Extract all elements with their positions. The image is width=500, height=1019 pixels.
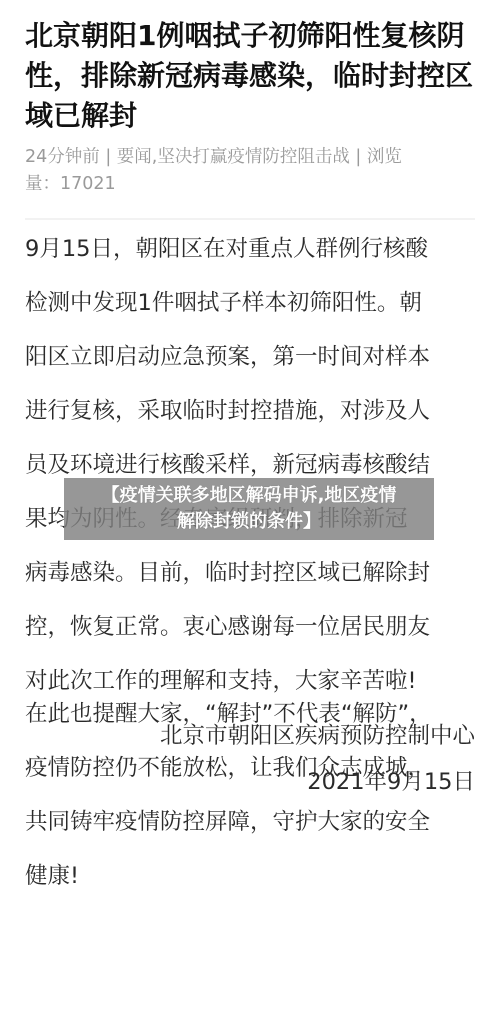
paragraph-line: 控，恢复正常。衷心感谢每一位居民朋友 (25, 600, 430, 654)
meta-line-views: 量：17021 (25, 171, 470, 198)
banner-line-1: 【疫情关联多地区解码申诉,地区疫情 (70, 483, 428, 509)
paragraph-1: 9月15日，朝阳区在对重点人群例行核酸 检测中发现1件咽拭子样本初筛阳性。朝 阳… (25, 222, 430, 708)
signature-organization: 北京市朝阳区疾病预防控制中心 (25, 712, 475, 760)
title-line: 性，排除新冠病毒感染，临时封控区 (25, 56, 475, 96)
paragraph-line: 健康! (25, 849, 432, 903)
paragraph-line: 检测中发现1件咽拭子样本初筛阳性。朝 (25, 276, 430, 330)
article-title: 北京朝阳1例咽拭子初筛阳性复核阴 性，排除新冠病毒感染，临时封控区 域已解封 (25, 16, 475, 136)
article-meta: 24分钟前 | 要闻,坚决打赢疫情防控阻击战 | 浏览 量：17021 (25, 144, 470, 198)
paragraph-line: 进行复核，采取临时封控措施，对涉及人 (25, 384, 430, 438)
header-divider (25, 218, 475, 220)
signature-date: 2021年9月15日 (25, 760, 475, 804)
title-line: 域已解封 (25, 96, 475, 136)
banner-line-2: 解除封锁的条件】 (70, 509, 428, 535)
paragraph-line: 9月15日，朝阳区在对重点人群例行核酸 (25, 222, 430, 276)
paragraph-line: 病毒感染。目前，临时封控区域已解除封 (25, 546, 430, 600)
overlay-caption-banner: 【疫情关联多地区解码申诉,地区疫情 解除封锁的条件】 (64, 478, 434, 540)
title-line: 北京朝阳1例咽拭子初筛阳性复核阴 (25, 16, 475, 56)
article-signature: 北京市朝阳区疾病预防控制中心 2021年9月15日 (25, 712, 475, 804)
meta-line-time-category: 24分钟前 | 要闻,坚决打赢疫情防控阻击战 | 浏览 (25, 144, 470, 171)
paragraph-line: 阳区立即启动应急预案，第一时间对样本 (25, 330, 430, 384)
